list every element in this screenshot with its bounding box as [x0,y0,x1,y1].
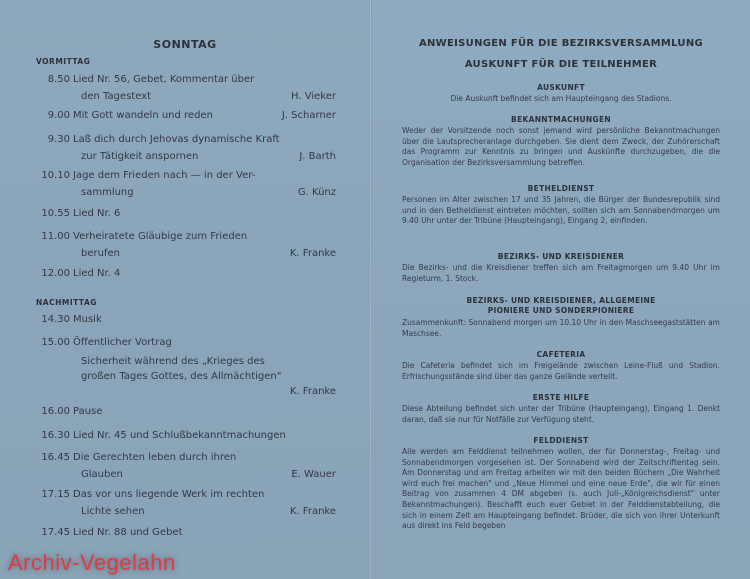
item-time: 17.15 [36,486,70,503]
item-speaker: J. Barth [299,148,336,165]
right-subtitle: AUSKUNFT FÜR DIE TEILNEHMER [372,59,750,70]
section-text: Alle werden am Felddienst teilnehmen wol… [402,447,720,532]
section-heading: ERSTE HILFE [372,393,750,403]
item-title-cont: Lichte sehen [81,503,145,520]
item-speaker: H. Vieker [291,88,336,105]
item-time: 11.00 [36,228,70,245]
item-title: Die Gerechten leben durch ihren [73,449,236,466]
item-speaker: K. Franke [290,503,336,520]
item-time: 15.00 [36,334,70,351]
section-text: Personen im Alter zwischen 17 und 35 Jah… [402,195,720,227]
item-title: Lied Nr. 56, Gebet, Kommentar über [73,71,254,88]
section-text: Die Cafeteria befindet sich im Freigelän… [402,361,720,382]
item-time: 16.45 [36,449,70,466]
right-page: ANWEISUNGEN FÜR DIE BEZIRKSVERSAMMLUNG A… [372,0,750,579]
item-title-cont: berufen [81,245,120,262]
section-heading: AUSKUNFT [372,83,750,93]
section-text: Die Bezirks- und die Kreisdiener treffen… [402,263,720,284]
item-title: Laß dich durch Jehovas dynamische Kraft [73,131,280,148]
section-text: Zusammenkunft: Sonnabend morgen um 10.10… [402,318,720,339]
day-title: SONNTAG [0,38,370,51]
item-time: 9.00 [36,107,70,124]
item-subtitle-cont: großen Tages Gottes, des Allmächtigen" [81,368,281,385]
section-heading: BETHELDIENST [372,184,750,194]
item-speaker: K. Franke [290,245,336,262]
item-time: 14.30 [36,311,70,328]
item-time: 10.10 [36,167,70,184]
item-title-cont: sammlung [81,184,134,201]
item-title-cont: zur Tätigkeit anspornen [81,148,198,165]
item-time: 8.50 [36,71,70,88]
section-text: Die Auskunft befindet sich am Haupteinga… [402,94,720,105]
section-text: Weder der Vorsitzende noch sonst jemand … [402,126,720,168]
item-speaker: G. Künz [298,184,336,201]
item-time: 10.55 [36,205,70,222]
item-title: Mit Gott wandeln und reden [73,107,213,124]
item-title-cont: Glauben [81,466,123,483]
watermark: Archiv-Vegelahn [8,550,176,576]
item-time: 16.00 [36,403,70,420]
morning-label: VORMITTAG [36,57,90,66]
item-time: 9.30 [36,131,70,148]
section-heading: BEKANNTMACHUNGEN [372,115,750,125]
item-speaker: J. Scharner [282,107,336,124]
item-title: Jage dem Frieden nach — in der Ver- [73,167,255,184]
afternoon-label: NACHMITTAG [36,298,97,307]
item-title: Öffentlicher Vortrag [73,334,172,351]
item-time: 12.00 [36,265,70,282]
item-title: Lied Nr. 4 [73,265,120,282]
item-title: Das vor uns liegende Werk im rechten [73,486,264,503]
item-speaker: E. Wauer [291,466,336,483]
section-heading: CAFETERIA [372,350,750,360]
item-speaker: K. Franke [290,383,336,400]
section-heading: FELDDIENST [372,436,750,446]
item-time: 17.45 [36,524,70,541]
item-title: Lied Nr. 88 und Gebet [73,524,183,541]
item-time: 16.30 [36,427,70,444]
item-title-cont: den Tagestext [81,88,151,105]
section-heading: BEZIRKS- UND KREISDIENER, ALLGEMEINE PIO… [372,296,750,316]
section-heading: BEZIRKS- UND KREISDIENER [372,252,750,262]
section-text: Diese Abteilung befindet sich unter der … [402,404,720,425]
item-title: Lied Nr. 45 und Schlußbekanntmachungen [73,427,286,444]
item-title: Musik [73,311,102,328]
item-title: Pause [73,403,102,420]
left-page: SONNTAG VORMITTAG 8.50 Lied Nr. 56, Gebe… [0,0,370,579]
right-title: ANWEISUNGEN FÜR DIE BEZIRKSVERSAMMLUNG [372,38,750,49]
item-title: Verheiratete Gläubige zum Frieden [73,228,247,245]
item-title: Lied Nr. 6 [73,205,120,222]
